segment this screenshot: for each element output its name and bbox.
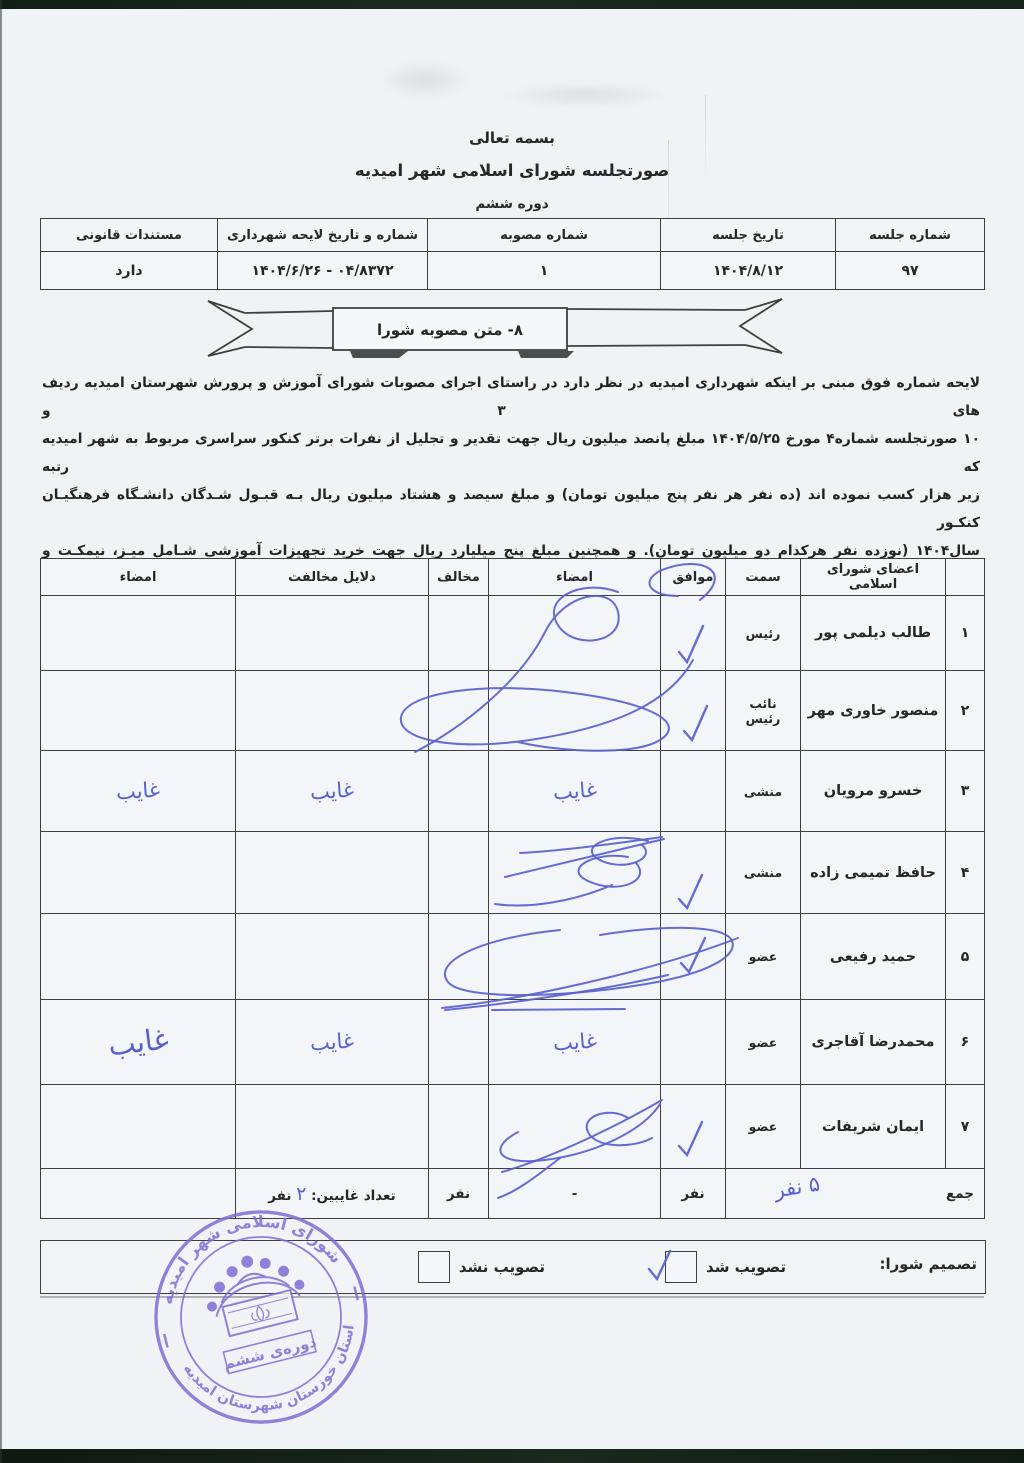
oppose-unit-cell: نفر xyxy=(429,1169,489,1219)
member-number: ۶ xyxy=(946,1000,985,1085)
oppose-reason-cell xyxy=(236,1085,429,1169)
member-number: ۵ xyxy=(946,914,985,1000)
session-info-table: شماره جلسه تاریخ جلسه شماره مصوبه شماره … xyxy=(40,218,985,290)
member-position: رئیس xyxy=(726,596,801,671)
approved-checkbox xyxy=(665,1251,697,1283)
stamp-flag-emblem xyxy=(222,1290,297,1336)
member-row: ۷ ایمان شریفات عضو xyxy=(41,1085,985,1169)
signature2-cell: غایب xyxy=(41,751,236,832)
oppose-cell xyxy=(429,751,489,832)
member-name: محمدرضا آقاجری xyxy=(801,1000,946,1085)
signature-cell: غایب xyxy=(489,1000,661,1085)
agree-cell xyxy=(661,914,726,1000)
position-header: سمت xyxy=(726,559,801,596)
handwritten-absent: غایب xyxy=(115,777,160,804)
oppose-cell xyxy=(429,596,489,671)
oppose-cell xyxy=(429,914,489,1000)
oppose-cell xyxy=(429,1000,489,1085)
member-position: عضو xyxy=(726,1085,801,1169)
council-stamp: شورای اسلامی شهر امیدیه استان خوزستان شه… xyxy=(122,1178,401,1457)
term-subtitle: دوره ششم xyxy=(0,196,1024,212)
resolution-line: زیر هزار کسب نموده اند (ده نفر هر نفر پن… xyxy=(42,481,980,537)
not-approved-option: تصویب نشد xyxy=(418,1251,545,1283)
page-title: صورتجلسه شورای اسلامی شهر امیدیه xyxy=(0,161,1024,180)
oppose-reason-cell: غایب xyxy=(236,1000,429,1085)
totals-row: جمع ۵ نفر نفر - نفر تعداد غایبین: ۲ نفر xyxy=(41,1169,985,1219)
member-name: منصور خاوری مهر xyxy=(801,671,946,751)
stamp-tick xyxy=(164,1334,167,1348)
signature2-cell xyxy=(41,832,236,914)
handwritten-agree-count: ۵ نفر xyxy=(772,1172,821,1203)
agree-cell xyxy=(661,596,726,671)
ribbon-fold-shadow xyxy=(350,351,408,358)
resolution-number-value: ۱ xyxy=(428,252,661,290)
scan-edge-left xyxy=(0,0,2,1463)
agree-cell xyxy=(661,1085,726,1169)
members-header-row: اعضای شورای اسلامی سمت موافق امضاء مخالف… xyxy=(41,559,985,596)
signature2-header: امضاء xyxy=(41,559,236,596)
oppose-cell xyxy=(429,832,489,914)
ribbon-fold-shadow xyxy=(518,351,574,358)
signature-cell xyxy=(489,1085,661,1169)
oppose-cell xyxy=(429,1085,489,1169)
ribbon-right-tail xyxy=(740,299,782,353)
agree-header: موافق xyxy=(661,559,726,596)
agree-unit-cell: نفر xyxy=(661,1169,726,1219)
approved-option: تصویب شد xyxy=(665,1251,786,1283)
not-approved-label: تصویب نشد xyxy=(459,1258,545,1276)
stamp-tick xyxy=(354,1286,357,1300)
member-row: ۱ طالب دیلمی پور رئیس xyxy=(41,596,985,671)
legal-docs-header: مستندات قانونی xyxy=(41,219,218,252)
member-position: منشی xyxy=(726,832,801,914)
member-number: ۱ xyxy=(946,596,985,671)
totals-merged-cell: جمع ۵ نفر xyxy=(726,1169,985,1219)
handwritten-absent: غایب xyxy=(309,1028,354,1055)
approved-label: تصویب شد xyxy=(706,1258,786,1276)
member-name: خسرو مرویان xyxy=(801,751,946,832)
oppose-reason-cell xyxy=(236,832,429,914)
info-header-row: شماره جلسه تاریخ جلسه شماره مصوبه شماره … xyxy=(41,219,985,252)
resolution-number-header: شماره مصوبه xyxy=(428,219,661,252)
signature2-cell: غایب xyxy=(41,1000,236,1085)
not-approved-checkbox xyxy=(418,1251,450,1283)
agree-cell xyxy=(661,1000,726,1085)
oppose-cell xyxy=(429,671,489,751)
signature-cell xyxy=(489,671,661,751)
session-date-value: ۱۴۰۴/۸/۱۲ xyxy=(661,252,836,290)
member-number: ۳ xyxy=(946,751,985,832)
totals-label: جمع xyxy=(946,1186,974,1202)
scan-edge-top xyxy=(0,0,1024,9)
session-number-header: شماره جلسه xyxy=(836,219,985,252)
bleed-through-ghost xyxy=(500,82,670,108)
signature2-cell xyxy=(41,914,236,1000)
signature2-cell xyxy=(41,1085,236,1169)
agree-cell xyxy=(661,671,726,751)
member-name: طالب دیلمی پور xyxy=(801,596,946,671)
scan-edge-bottom xyxy=(0,1449,1024,1463)
member-position: نائب رئیس xyxy=(726,671,801,751)
member-name: ایمان شریفات xyxy=(801,1085,946,1169)
legal-docs-value: دارد xyxy=(41,252,218,290)
member-number: ۲ xyxy=(946,671,985,751)
member-row: ۵ حمید رفیعی عضو xyxy=(41,914,985,1000)
member-row: ۲ منصور خاوری مهر نائب رئیس xyxy=(41,671,985,751)
member-position: منشی xyxy=(726,751,801,832)
signature-dash-cell: - xyxy=(489,1169,661,1219)
signature-cell xyxy=(489,596,661,671)
member-row: ۴ حافظ تمیمی زاده منشی xyxy=(41,832,985,914)
resolution-line: ۱۰ صورتجلسه شماره۴ مورخ ۱۴۰۴/۵/۲۵ مبلغ پ… xyxy=(42,425,980,481)
oppose-reason-cell xyxy=(236,671,429,751)
member-name: حمید رفیعی xyxy=(801,914,946,1000)
oppose-header: مخالف xyxy=(429,559,489,596)
handwritten-absent: غایب xyxy=(309,777,354,804)
handwritten-absent: غایب xyxy=(106,1021,170,1062)
signature-cell: غایب xyxy=(489,751,661,832)
session-number-value: ۹۷ xyxy=(836,252,985,290)
oppose-reason-cell xyxy=(236,596,429,671)
bismillah-heading: بسمه تعالی xyxy=(0,129,1024,147)
signature-cell xyxy=(489,832,661,914)
members-header: اعضای شورای اسلامی xyxy=(801,559,946,596)
ribbon-title: ۸- متن مصوبه شورا xyxy=(333,309,567,350)
resolution-line: لایحه شماره فوق مبنی بر اینکه شهرداری ام… xyxy=(42,369,980,425)
members-vote-table: اعضای شورای اسلامی سمت موافق امضاء مخالف… xyxy=(40,558,985,1219)
agree-cell xyxy=(661,751,726,832)
info-value-row: ۹۷ ۱۴۰۴/۸/۱۲ ۱ ۱۴۰۴/۶/۲۶ - ۰۴/۸۳۷۲ دارد xyxy=(41,252,985,290)
signature2-cell xyxy=(41,596,236,671)
oppose-reason-cell xyxy=(236,914,429,1000)
bleed-through-ghost xyxy=(380,60,470,100)
oppose-reasons-header: دلایل مخالفت xyxy=(236,559,429,596)
stamp-band-text: دوره‌ی ششم xyxy=(222,1333,319,1374)
member-position: عضو xyxy=(726,914,801,1000)
signature-header: امضاء xyxy=(489,559,661,596)
agree-cell xyxy=(661,832,726,914)
row-number-header xyxy=(946,559,985,596)
handwritten-absent: غایب xyxy=(552,777,597,804)
decision-label: تصمیم شورا: xyxy=(879,1255,977,1273)
oppose-reason-cell: غایب xyxy=(236,751,429,832)
signature2-cell xyxy=(41,671,236,751)
member-row: ۶ محمدرضا آقاجری عضو غایب غایب غایب xyxy=(41,1000,985,1085)
scanned-document-page: بسمه تعالی صورتجلسه شورای اسلامی شهر امی… xyxy=(0,0,1024,1463)
bill-number-value: ۱۴۰۴/۶/۲۶ - ۰۴/۸۳۷۲ xyxy=(218,252,428,290)
signature-cell xyxy=(489,914,661,1000)
member-number: ۷ xyxy=(946,1085,985,1169)
member-position: عضو xyxy=(726,1000,801,1085)
member-number: ۴ xyxy=(946,832,985,914)
member-name: حافظ تمیمی زاده xyxy=(801,832,946,914)
member-row: ۳ خسرو مرویان منشی غایب غایب غایب xyxy=(41,751,985,832)
handwritten-absent: غایب xyxy=(552,1028,597,1055)
bill-number-header: شماره و تاریخ لایحه شهرداری xyxy=(218,219,428,252)
session-date-header: تاریخ جلسه xyxy=(661,219,836,252)
